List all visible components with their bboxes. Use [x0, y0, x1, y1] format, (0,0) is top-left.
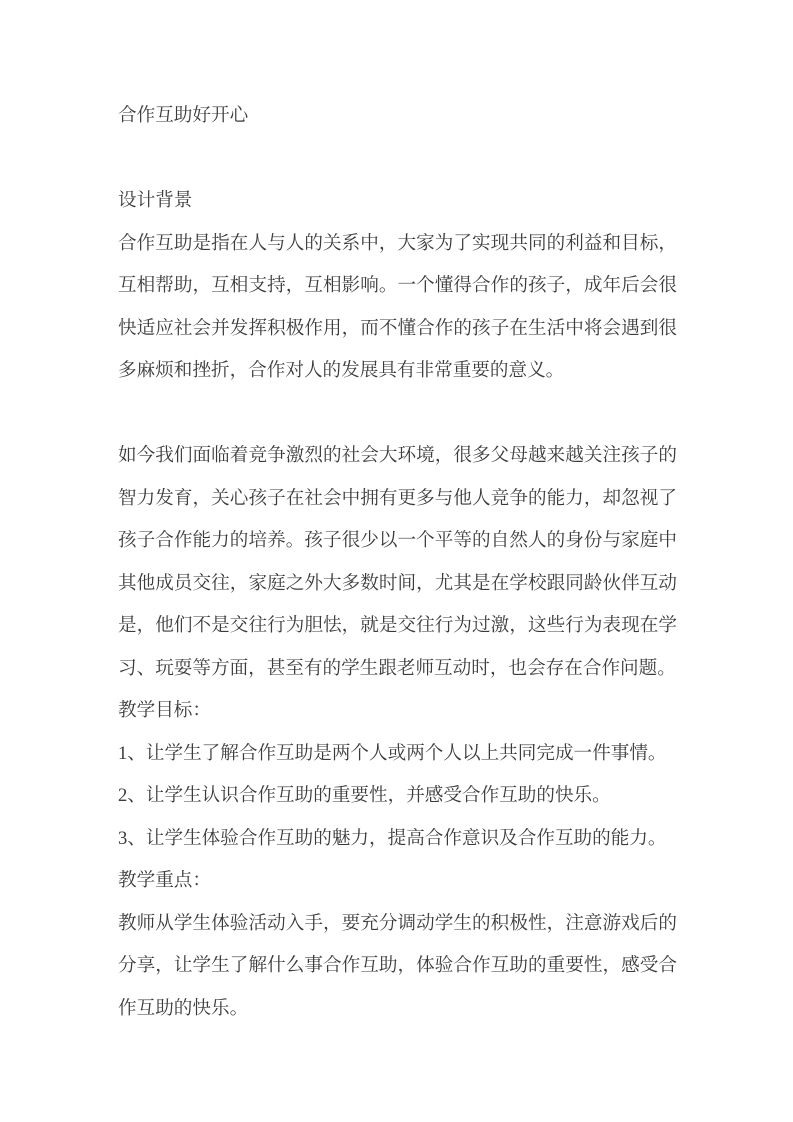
heading-teaching-goals: 教学目标： — [118, 690, 677, 733]
blank-line — [118, 138, 677, 181]
paragraph-teaching-focus: 教师从学生体验活动入手，要充分调动学生的积极性，注意游戏后的分享，让学生了解什么… — [118, 903, 677, 1031]
paragraph-background-2: 如今我们面临着竞争激烈的社会大环境，很多父母越来越关注孩子的智力发育，关心孩子在… — [118, 435, 677, 690]
goal-item-2: 2、让学生认识合作互助的重要性，并感受合作互助的快乐。 — [118, 775, 677, 818]
document-page: 合作互助好开心 设计背景 合作互助是指在人与人的关系中，大家为了实现共同的利益和… — [0, 0, 793, 1122]
heading-teaching-focus: 教学重点： — [118, 860, 677, 903]
document-body: 合作互助好开心 设计背景 合作互助是指在人与人的关系中，大家为了实现共同的利益和… — [118, 95, 677, 1030]
goal-item-3: 3、让学生体验合作互助的魅力，提高合作意识及合作互助的能力。 — [118, 818, 677, 861]
document-title: 合作互助好开心 — [118, 95, 677, 138]
goal-item-1: 1、让学生了解合作互助是两个人或两个人以上共同完成一件事情。 — [118, 733, 677, 776]
blank-line — [118, 393, 677, 436]
paragraph-background-1: 合作互助是指在人与人的关系中，大家为了实现共同的利益和目标，互相帮助，互相支持，… — [118, 223, 677, 393]
heading-design-background: 设计背景 — [118, 180, 677, 223]
